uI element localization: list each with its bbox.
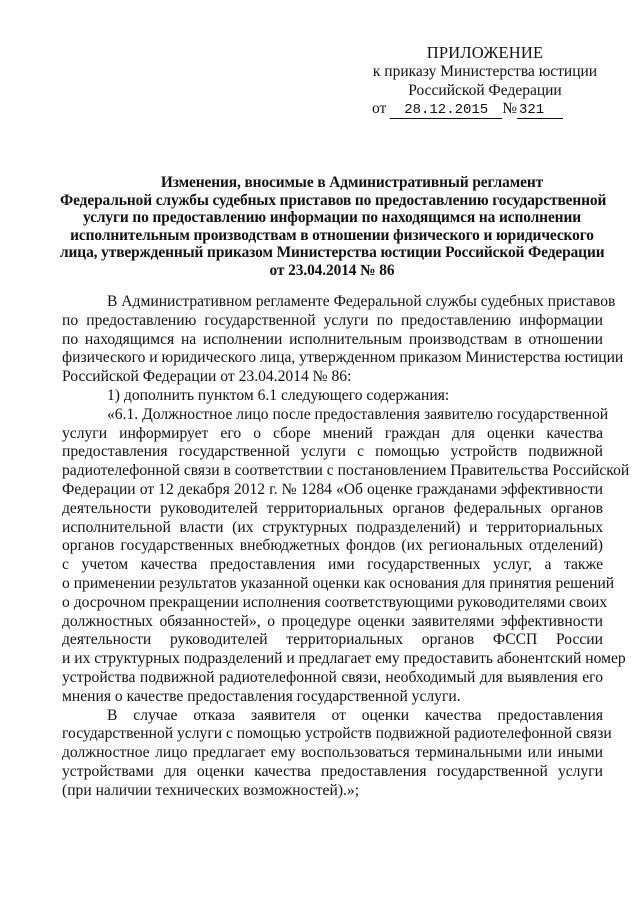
body-line: радиотелефонной связи в соответствии с п… bbox=[62, 462, 603, 481]
body-line: устройствами для оценки качества предост… bbox=[62, 763, 603, 782]
order-date: 28.12.2015 bbox=[390, 103, 502, 119]
body-line: должностных обязанностей», о процедуре о… bbox=[62, 613, 603, 632]
appendix-block: ПРИЛОЖЕНИЕ к приказу Министерства юстици… bbox=[360, 44, 610, 119]
body-line: с учетом качества предоставления ими гос… bbox=[62, 556, 603, 575]
body-line: исполнительной власти (их структурных по… bbox=[62, 519, 603, 538]
title-line: Изменения, вносимые в Административный р… bbox=[60, 174, 604, 192]
body-line: деятельности руководителей территориальн… bbox=[62, 500, 603, 519]
body-line: (при наличии технических возможностей).»… bbox=[62, 782, 603, 801]
number-prefix: № bbox=[502, 100, 517, 117]
document-page: ПРИЛОЖЕНИЕ к приказу Министерства юстици… bbox=[0, 0, 640, 905]
title-line: лица, утвержденный приказом Министерства… bbox=[60, 244, 604, 262]
body-line: В Административном регламенте Федерально… bbox=[62, 293, 603, 312]
date-prefix: от bbox=[372, 100, 386, 117]
body-line: мнения о качестве предоставления государ… bbox=[62, 688, 603, 707]
body-line: предоставления государственной услуги с … bbox=[62, 443, 603, 462]
body-line: «6.1. Должностное лицо после предоставле… bbox=[62, 406, 603, 425]
body-line: услуги информирует его о сборе мнений гр… bbox=[62, 425, 603, 444]
title-line: от 23.04.2014 № 86 bbox=[60, 262, 604, 280]
body-line: должностное лицо предлагает ему воспольз… bbox=[62, 744, 603, 763]
appendix-ministry-line: Российской Федерации bbox=[360, 82, 610, 101]
body-line: о досрочном прекращении исполнения соотв… bbox=[62, 594, 603, 613]
body-line: устройства подвижной радиотелефонной свя… bbox=[62, 669, 603, 688]
body-line: органов государственных внебюджетных фон… bbox=[62, 537, 603, 556]
appendix-order-line: к приказу Министерства юстиции bbox=[360, 63, 610, 82]
title-line: исполнительным производствам в отношении… bbox=[60, 227, 604, 245]
body-line: по находящимся на исполнении исполнитель… bbox=[62, 331, 603, 350]
body-line: физического и юридического лица, утвержд… bbox=[62, 349, 603, 368]
body-line: В случае отказа заявителя от оценки каче… bbox=[62, 707, 603, 726]
appendix-date-number-line: от 28.12.2015№321 bbox=[360, 100, 610, 119]
title-line: услуги по предоставлению информации по н… bbox=[60, 209, 604, 227]
document-body: В Административном регламенте Федерально… bbox=[62, 293, 603, 801]
body-line: о применении результатов указанной оценк… bbox=[62, 575, 603, 594]
body-line: по предоставлению государственной услуги… bbox=[62, 312, 603, 331]
body-line: и их структурных подразделений и предлаг… bbox=[62, 650, 603, 669]
body-line: 1) дополнить пунктом 6.1 следующего соде… bbox=[62, 387, 603, 406]
body-line: деятельности руководителей территориальн… bbox=[62, 631, 603, 650]
body-line: Российской Федерации от 23.04.2014 № 86: bbox=[62, 368, 603, 387]
body-line: государственной услуги с помощью устройс… bbox=[62, 725, 603, 744]
body-line: Федерации от 12 декабря 2012 г. № 1284 «… bbox=[62, 481, 603, 500]
document-title: Изменения, вносимые в Административный р… bbox=[60, 174, 604, 280]
title-line: Федеральной службы судебных приставов по… bbox=[60, 192, 604, 210]
appendix-heading: ПРИЛОЖЕНИЕ bbox=[360, 44, 610, 63]
order-number: 321 bbox=[517, 103, 563, 119]
